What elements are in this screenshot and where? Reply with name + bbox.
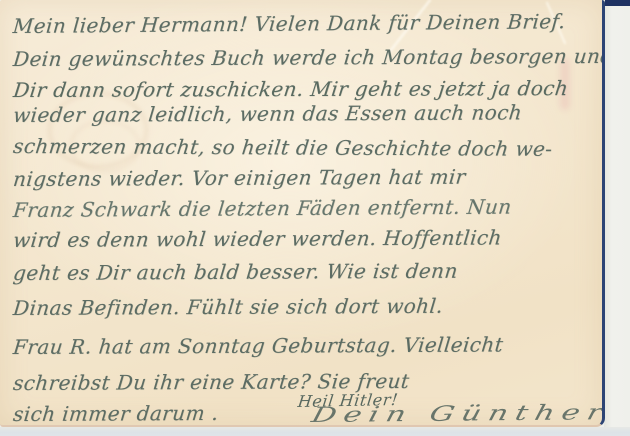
signature: Dein Günther	[309, 400, 605, 427]
handwriting-line: geht es Dir auch bald besser. Wie ist de…	[12, 259, 459, 285]
handwriting-line: Dein gewünschtes Buch werde ich Montag b…	[12, 44, 605, 71]
handwriting-line: wieder ganz leidlich, wenn das Essen auc…	[12, 100, 523, 127]
handwriting-line: wird es denn wohl wieder werden. Hoffent…	[12, 225, 503, 252]
handwriting-line: schmerzen macht, so heilt die Geschichte…	[12, 134, 554, 161]
handwriting-line: Dinas Befinden. Fühlt sie sich dort wohl…	[12, 294, 444, 320]
adjacent-card-edge	[605, 0, 630, 6]
scan-margin-right	[604, 0, 630, 436]
scan-margin-bottom	[0, 427, 630, 436]
handwriting-line: Franz Schwark die letzten Fäden entfernt…	[12, 195, 513, 222]
postcard: Mein lieber Hermann! Vielen Dank für Dei…	[0, 0, 605, 427]
handwriting-line: nigstens wieder. Vor einigen Tagen hat m…	[12, 165, 467, 191]
handwriting-line: Frau R. hat am Sonntag Geburtstag. Viell…	[12, 332, 504, 359]
handwriting-line: sich immer darum .	[12, 401, 220, 426]
scan-background: Mein lieber Hermann! Vielen Dank für Dei…	[0, 0, 630, 436]
handwriting-line: Mein lieber Hermann! Vielen Dank für Dei…	[12, 9, 566, 38]
handwriting-line: Dir dann sofort zuschicken. Mir geht es …	[12, 76, 570, 102]
